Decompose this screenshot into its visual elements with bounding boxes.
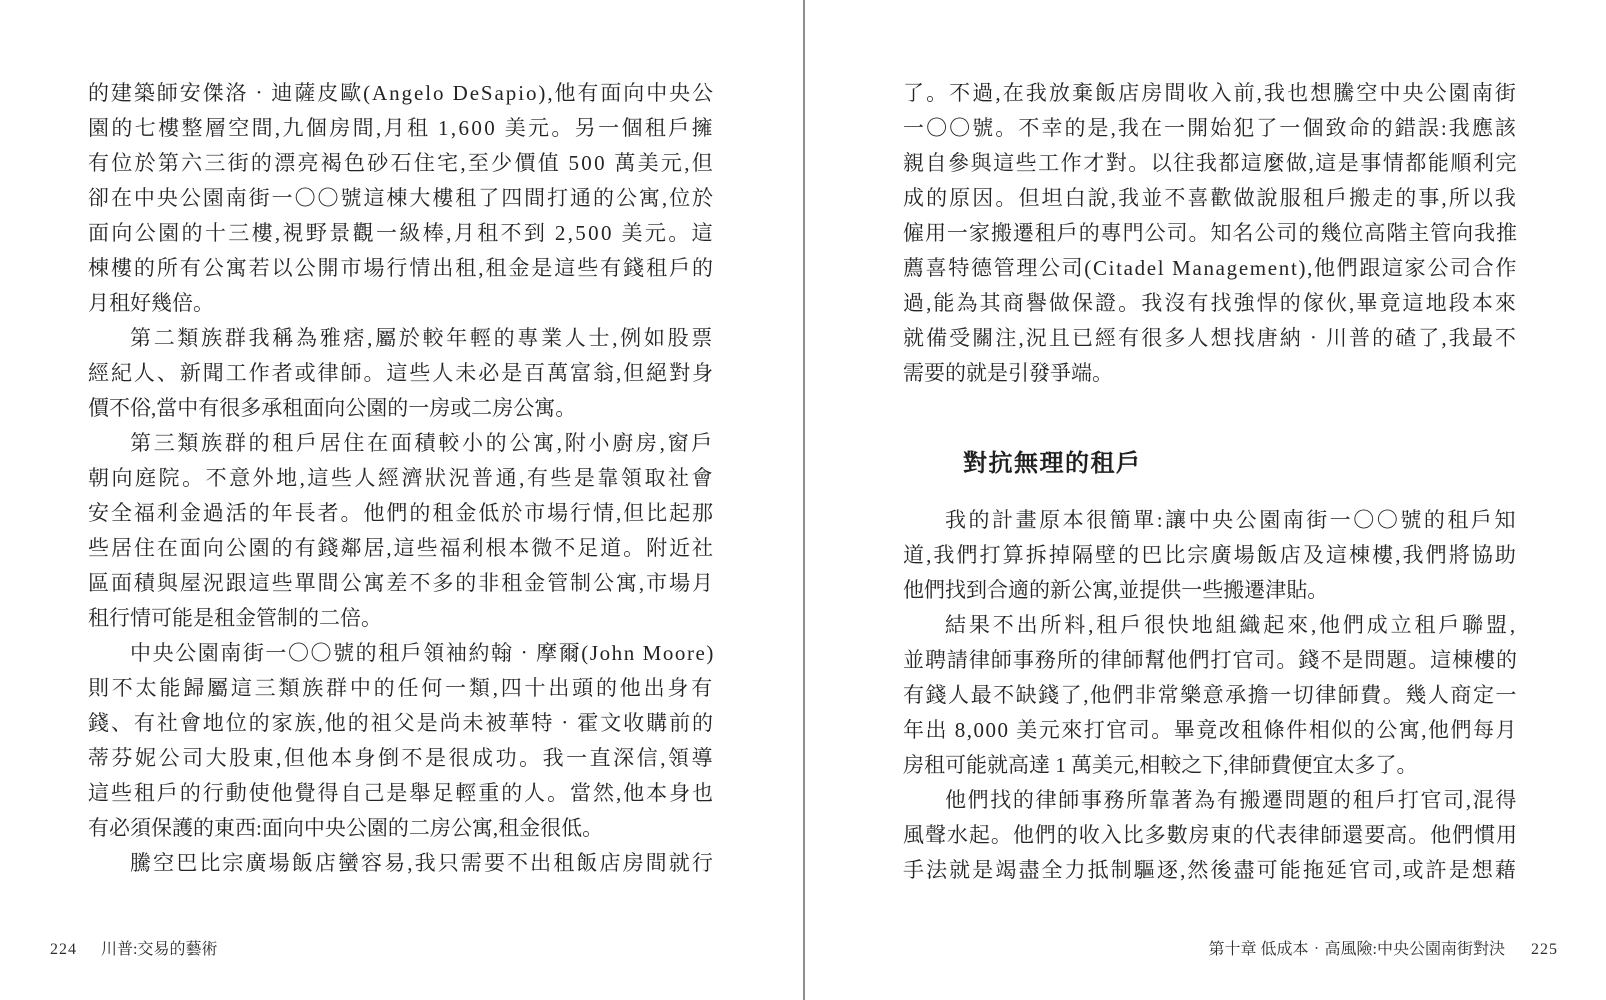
text-line: 他們找到合適的新公寓,並提供一些搬遷津貼。 [903,573,1518,608]
text-line: 的建築師安傑洛‧迪薩皮歐(Angelo DeSapio),他有面向中央公 [88,76,715,111]
text-line: 騰空巴比宗廣場飯店蠻容易,我只需要不出租飯店房間就行 [88,846,715,881]
text-line: 則不太能歸屬這三類族群中的任何一類,四十出頭的他出身有 [88,671,715,706]
text-line: 面向公園的十三樓,視野景觀一級棒,月租不到 2,500 美元。這 [88,216,715,251]
text-line: 蒂芬妮公司大股東,但他本身倒不是很成功。我一直深信,領導 [88,741,715,776]
text-line: 安全福利金過活的年長者。他們的租金低於市場行情,但比起那 [88,496,715,531]
text-line: 經紀人、新聞工作者或律師。這些人未必是百萬富翁,但絕對身 [88,356,715,391]
text-line: 這些租戶的行動使他覺得自己是舉足輕重的人。當然,他本身也 [88,776,715,811]
text-line: 一〇〇號。不幸的是,我在一開始犯了一個致命的錯誤:我應該 [903,111,1518,146]
text-line: 他們找的律師事務所靠著為有搬遷問題的租戶打官司,混得 [903,783,1518,818]
text-line: 我的計畫原本很簡單:讓中央公園南街一〇〇號的租戶知 [903,503,1518,538]
text-line: 些居住在面向公園的有錢鄰居,這些福利根本微不足道。附近社 [88,531,715,566]
text-line: 朝向庭院。不意外地,這些人經濟狀況普通,有些是靠領取社會 [88,461,715,496]
text-line: 成的原因。但坦白說,我並不喜歡做說服租戶搬走的事,所以我 [903,181,1518,216]
text-line: 園的七樓整層空間,九個房間,月租 1,600 美元。另一個租戶擁 [88,111,715,146]
text-line: 道,我們打算拆掉隔壁的巴比宗廣場飯店及這棟樓,我們將協助 [903,538,1518,573]
text-line: 房租可能就高達 1 萬美元,相較之下,律師費便宜太多了。 [903,748,1518,783]
text-line: 有錢人最不缺錢了,他們非常樂意承擔一切律師費。幾人商定一 [903,678,1518,713]
text-line: 有必須保護的東西:面向中央公園的二房公寓,租金很低。 [88,811,715,846]
right-page-text-block-1: 了。不過,在我放棄飯店房間收入前,我也想騰空中央公園南街一〇〇號。不幸的是,我在… [903,76,1518,391]
text-line: 需要的就是引發爭端。 [903,356,1518,391]
text-line: 區面積與屋況跟這些單間公寓差不多的非租金管制公寓,市場月 [88,566,715,601]
text-line: 手法就是竭盡全力抵制驅逐,然後盡可能拖延官司,或許是想藉 [903,853,1518,888]
text-line: 年出 8,000 美元來打官司。畢竟改租條件相似的公寓,他們每月 [903,713,1518,748]
text-line: 過,能為其商譽做保證。我沒有找強悍的傢伙,畢竟這地段本來 [903,286,1518,321]
left-page-footer: 224川普:交易的藝術 [50,936,217,959]
right-page-number: 225 [1531,941,1558,958]
left-page-number: 224 [50,941,77,958]
text-line: 卻在中央公園南街一〇〇號這棟大樓租了四間打通的公寓,位於 [88,181,715,216]
text-line: 第三類族群的租戶居住在面積較小的公寓,附小廚房,窗戶 [88,426,715,461]
chapter-title: 第十章 低成本‧高風險:中央公園南街對決 [1209,941,1505,958]
text-line: 價不俗,當中有很多承租面向公園的一房或二房公寓。 [88,391,715,426]
text-line: 風聲水起。他們的收入比多數房東的代表律師還要高。他們慣用 [903,818,1518,853]
right-page-text-block-2: 我的計畫原本很簡單:讓中央公園南街一〇〇號的租戶知道,我們打算拆掉隔壁的巴比宗廣… [903,503,1518,888]
text-line: 中央公園南街一〇〇號的租戶領袖約翰‧摩爾(John Moore) [88,636,715,671]
right-page-footer: 第十章 低成本‧高風險:中央公園南街對決225 [1209,936,1558,959]
text-line: 月租好幾倍。 [88,286,715,321]
text-line: 親自參與這些工作才對。以往我都這麼做,這是事情都能順利完 [903,146,1518,181]
section-heading: 對抗無理的租戶 [963,443,1142,478]
text-line: 錢、有社會地位的家族,他的祖父是尚未被華特‧霍文收購前的 [88,706,715,741]
text-line: 租行情可能是租金管制的二倍。 [88,601,715,636]
text-line: 棟樓的所有公寓若以公開市場行情出租,租金是這些有錢租戶的 [88,251,715,286]
text-line: 並聘請律師事務所的律師幫他們打官司。錢不是問題。這棟樓的 [903,643,1518,678]
text-line: 僱用一家搬遷租戶的專門公司。知名公司的幾位高階主管向我推 [903,216,1518,251]
text-line: 有位於第六三街的漂亮褐色砂石住宅,至少價值 500 萬美元,但 [88,146,715,181]
book-title: 川普:交易的藝術 [101,941,217,958]
page-gutter-divider [803,0,805,1000]
text-line: 結果不出所料,租戶很快地組織起來,他們成立租戶聯盟, [903,608,1518,643]
text-line: 就備受關注,況且已經有很多人想找唐納‧川普的碴了,我最不 [903,321,1518,356]
text-line: 第二類族群我稱為雅痞,屬於較年輕的專業人士,例如股票 [88,321,715,356]
text-line: 薦喜特德管理公司(Citadel Management),他們跟這家公司合作 [903,251,1518,286]
text-line: 了。不過,在我放棄飯店房間收入前,我也想騰空中央公園南街 [903,76,1518,111]
left-page-text-block: 的建築師安傑洛‧迪薩皮歐(Angelo DeSapio),他有面向中央公園的七樓… [88,76,715,881]
